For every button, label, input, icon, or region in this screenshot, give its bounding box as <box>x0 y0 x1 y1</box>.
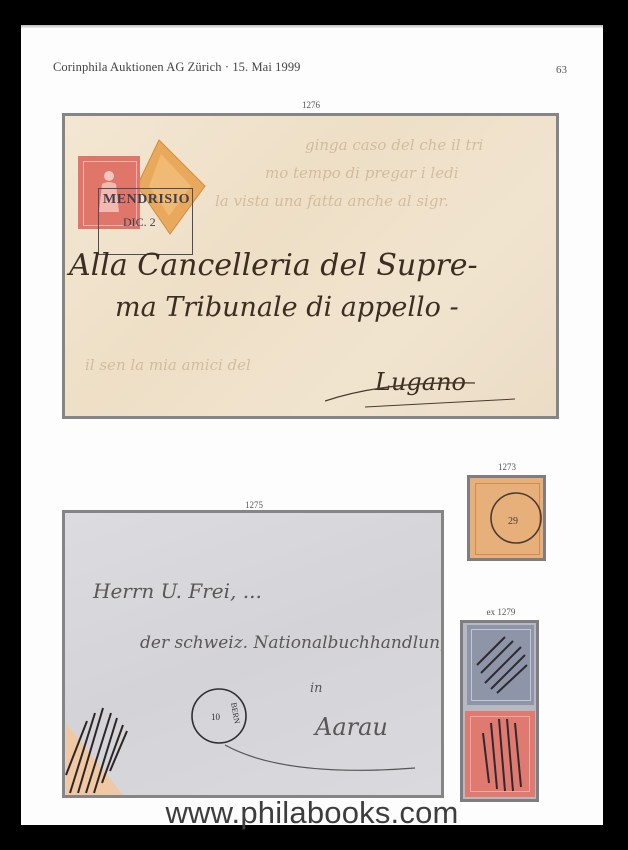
catalog-page: Corinphila Auktionen AG Zürich · 15. Mai… <box>21 25 603 825</box>
cover-lot-1276: ginga caso del che il tri mo tempo di pr… <box>62 113 559 419</box>
postmark-text: BERN <box>229 702 242 725</box>
stamp-lot-1273: 29 <box>467 475 546 561</box>
pen-flourish <box>325 371 525 411</box>
page-top-edge <box>21 25 603 28</box>
page-number: 63 <box>556 64 567 76</box>
bleed-through-writing: mo tempo di pregar i ledi <box>265 164 459 182</box>
lot-label-ex-1279: ex 1279 <box>471 607 531 617</box>
svg-text:10: 10 <box>211 712 221 722</box>
bleed-through-writing: il sen la mia amici del <box>85 356 251 374</box>
bleed-through-writing: ginga caso del che il tri <box>305 136 483 154</box>
circular-postmark: 29 <box>478 484 544 554</box>
address-line-1: Alla Cancelleria del Supre- <box>69 248 478 283</box>
stamps-lot-ex-1279 <box>460 620 539 802</box>
address-line-2: ma Tribunale di appello - <box>115 292 459 323</box>
lot-label-1273: 1273 <box>487 462 527 472</box>
grid-cancels <box>463 623 539 801</box>
lot-label-1276: 1276 <box>291 100 331 110</box>
cover-marks: BERN 10 <box>65 513 444 798</box>
lot-label-1275: 1275 <box>234 500 274 510</box>
cancel-mendrisio: MENDRISIO DIC. 2 <box>98 188 193 255</box>
watermark-url: www.philabooks.com <box>21 795 603 831</box>
svg-text:29: 29 <box>508 516 518 527</box>
page-header-title: Corinphila Auktionen AG Zürich · 15. Mai… <box>53 60 301 75</box>
cover-lot-1275: Herrn U. Frei, ... der schweiz. National… <box>62 510 444 798</box>
